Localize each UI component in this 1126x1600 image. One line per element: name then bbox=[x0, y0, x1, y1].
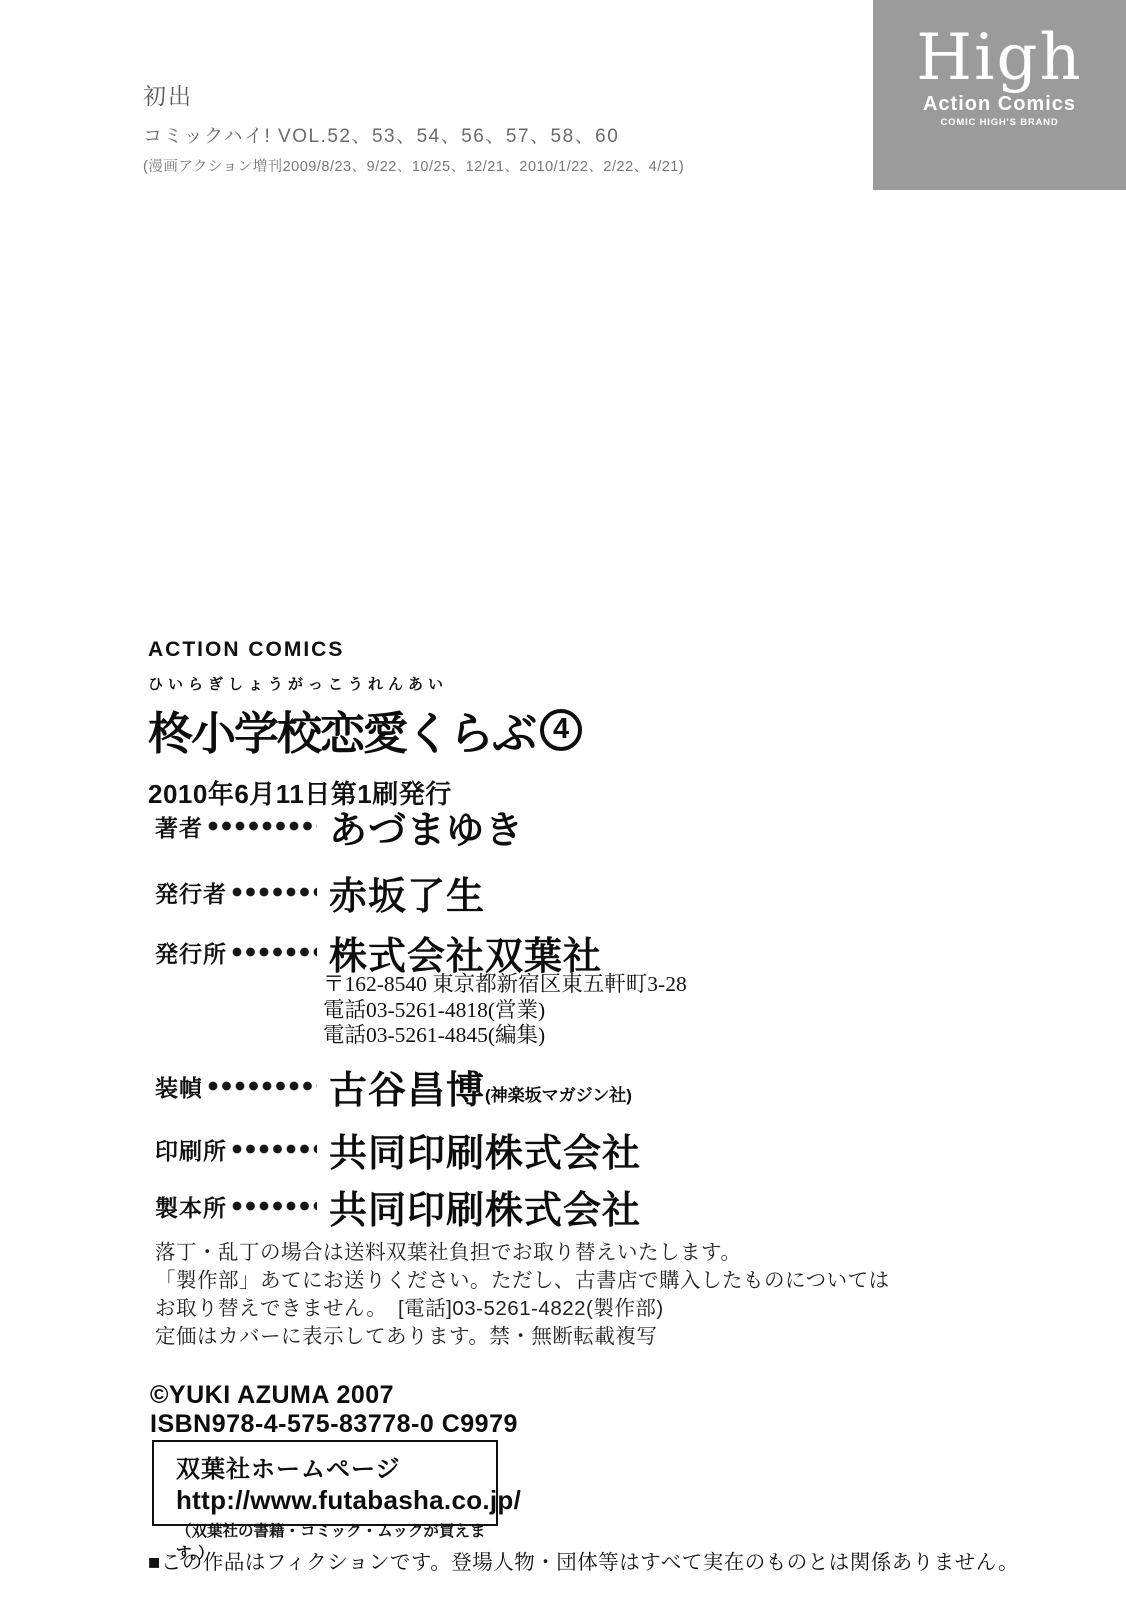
credit-value: 共同印刷株式会社 bbox=[329, 1179, 641, 1234]
brand-box: High Action Comics COMIC HIGH'S BRAND bbox=[873, 0, 1126, 190]
credit-label: 製本所 bbox=[155, 1190, 227, 1223]
fiction-disclaimer: ■この作品はフィクションです。登場人物・団体等はすべて実在のものとは関係ありませ… bbox=[148, 1545, 1019, 1575]
credit-row-publisher-person: 発行者 赤坂了生 bbox=[155, 868, 485, 916]
notes-line-2: 「製作部」あてにお送りください。ただし、古書店で購入したものについては bbox=[155, 1267, 890, 1295]
credit-lead: 発行者 bbox=[155, 876, 317, 909]
publisher-phone-sales: 電話03-5261-4818(営業) bbox=[323, 998, 687, 1024]
brand-name: Action Comics bbox=[873, 93, 1126, 116]
book-title: 柊小学校恋愛くらぶ bbox=[148, 697, 535, 762]
dotted-leader bbox=[231, 1201, 317, 1211]
credit-label: 発行者 bbox=[155, 876, 227, 909]
credit-label: 著者 bbox=[155, 810, 203, 843]
credit-label: 発行所 bbox=[155, 936, 227, 969]
credit-row-design: 装幀 古谷昌博 (神楽坂マガジン社) bbox=[155, 1062, 632, 1110]
copyright-line: ©YUKI AZUMA 2007 bbox=[150, 1381, 518, 1410]
brand-logo: High bbox=[873, 26, 1126, 90]
credit-value: 赤坂了生 bbox=[329, 865, 485, 920]
homepage-url: http://www.futabasha.co.jp/ bbox=[176, 1485, 496, 1516]
credit-row-binder: 製本所 共同印刷株式会社 bbox=[155, 1182, 641, 1230]
credit-value: 共同印刷株式会社 bbox=[329, 1122, 641, 1177]
credit-row-printer: 印刷所 共同印刷株式会社 bbox=[155, 1125, 641, 1173]
credit-row-author: 著者 あづまゆき bbox=[155, 802, 524, 850]
credit-label: 装幀 bbox=[155, 1070, 203, 1103]
publisher-address: 〒162-8540 東京都新宿区東五軒町3-28 bbox=[323, 972, 687, 998]
dotted-leader bbox=[231, 887, 317, 897]
credit-lead: 製本所 bbox=[155, 1190, 317, 1223]
publisher-phone-editorial: 電話03-5261-4845(編集) bbox=[323, 1023, 687, 1049]
colophon-page: 初出 コミックハイ! VOL.52、53、54、56、57、58、60 (漫画ア… bbox=[0, 0, 1126, 1600]
first-publication-volumes: コミックハイ! VOL.52、53、54、56、57、58、60 bbox=[143, 121, 684, 148]
credit-lead: 著者 bbox=[155, 810, 317, 843]
credit-value: あづまゆき bbox=[329, 799, 524, 854]
credit-lead: 装幀 bbox=[155, 1070, 317, 1103]
brand-subtitle: COMIC HIGH'S BRAND bbox=[873, 117, 1126, 128]
credit-row-publisher-company: 発行所 株式会社双葉社 bbox=[155, 928, 602, 976]
first-publication-dates: (漫画アクション増刊2009/8/23、9/22、10/25、12/21、201… bbox=[143, 155, 684, 176]
credit-lead: 印刷所 bbox=[155, 1133, 317, 1166]
publisher-details: 〒162-8540 東京都新宿区東五軒町3-28 電話03-5261-4818(… bbox=[323, 972, 687, 1049]
volume-badge: 4 bbox=[540, 709, 582, 751]
dotted-leader bbox=[231, 947, 317, 957]
isbn-line: ISBN978-4-575-83778-0 C9979 bbox=[150, 1410, 518, 1439]
credit-value: 古谷昌博 bbox=[329, 1059, 485, 1114]
credit-label: 印刷所 bbox=[155, 1133, 227, 1166]
notes-line-3: お取り替えできません。 [電話]03-5261-4822(製作部) bbox=[155, 1295, 890, 1323]
credit-suffix: (神楽坂マガジン社) bbox=[485, 1081, 632, 1110]
notes-line-4: 定価はカバーに表示してあります。禁・無断転載複写 bbox=[155, 1323, 890, 1351]
notes-line-1: 落丁・乱丁の場合は送料双葉社負担でお取り替えいたします。 bbox=[155, 1239, 890, 1267]
copyright-block: ©YUKI AZUMA 2007 ISBN978-4-575-83778-0 C… bbox=[150, 1381, 518, 1439]
dotted-leader bbox=[231, 1144, 317, 1154]
credit-lead: 発行所 bbox=[155, 936, 317, 969]
first-publication-block: 初出 コミックハイ! VOL.52、53、54、56、57、58、60 (漫画ア… bbox=[143, 78, 684, 176]
dotted-leader bbox=[207, 1081, 317, 1091]
title-block: ACTION COMICS ひいらぎしょうがっこうれんあい 柊小学校恋愛くらぶ … bbox=[148, 638, 582, 811]
imprint-label: ACTION COMICS bbox=[148, 638, 582, 662]
homepage-title: 双葉社ホームページ bbox=[176, 1449, 496, 1484]
homepage-box: 双葉社ホームページ http://www.futabasha.co.jp/ （双… bbox=[152, 1440, 498, 1526]
title-row: 柊小学校恋愛くらぶ 4 bbox=[148, 697, 582, 762]
first-publication-heading: 初出 bbox=[143, 78, 684, 111]
title-furigana: ひいらぎしょうがっこうれんあい bbox=[148, 673, 582, 694]
replacement-notes: 落丁・乱丁の場合は送料双葉社負担でお取り替えいたします。 「製作部」あてにお送り… bbox=[155, 1239, 890, 1351]
dotted-leader bbox=[207, 821, 317, 831]
